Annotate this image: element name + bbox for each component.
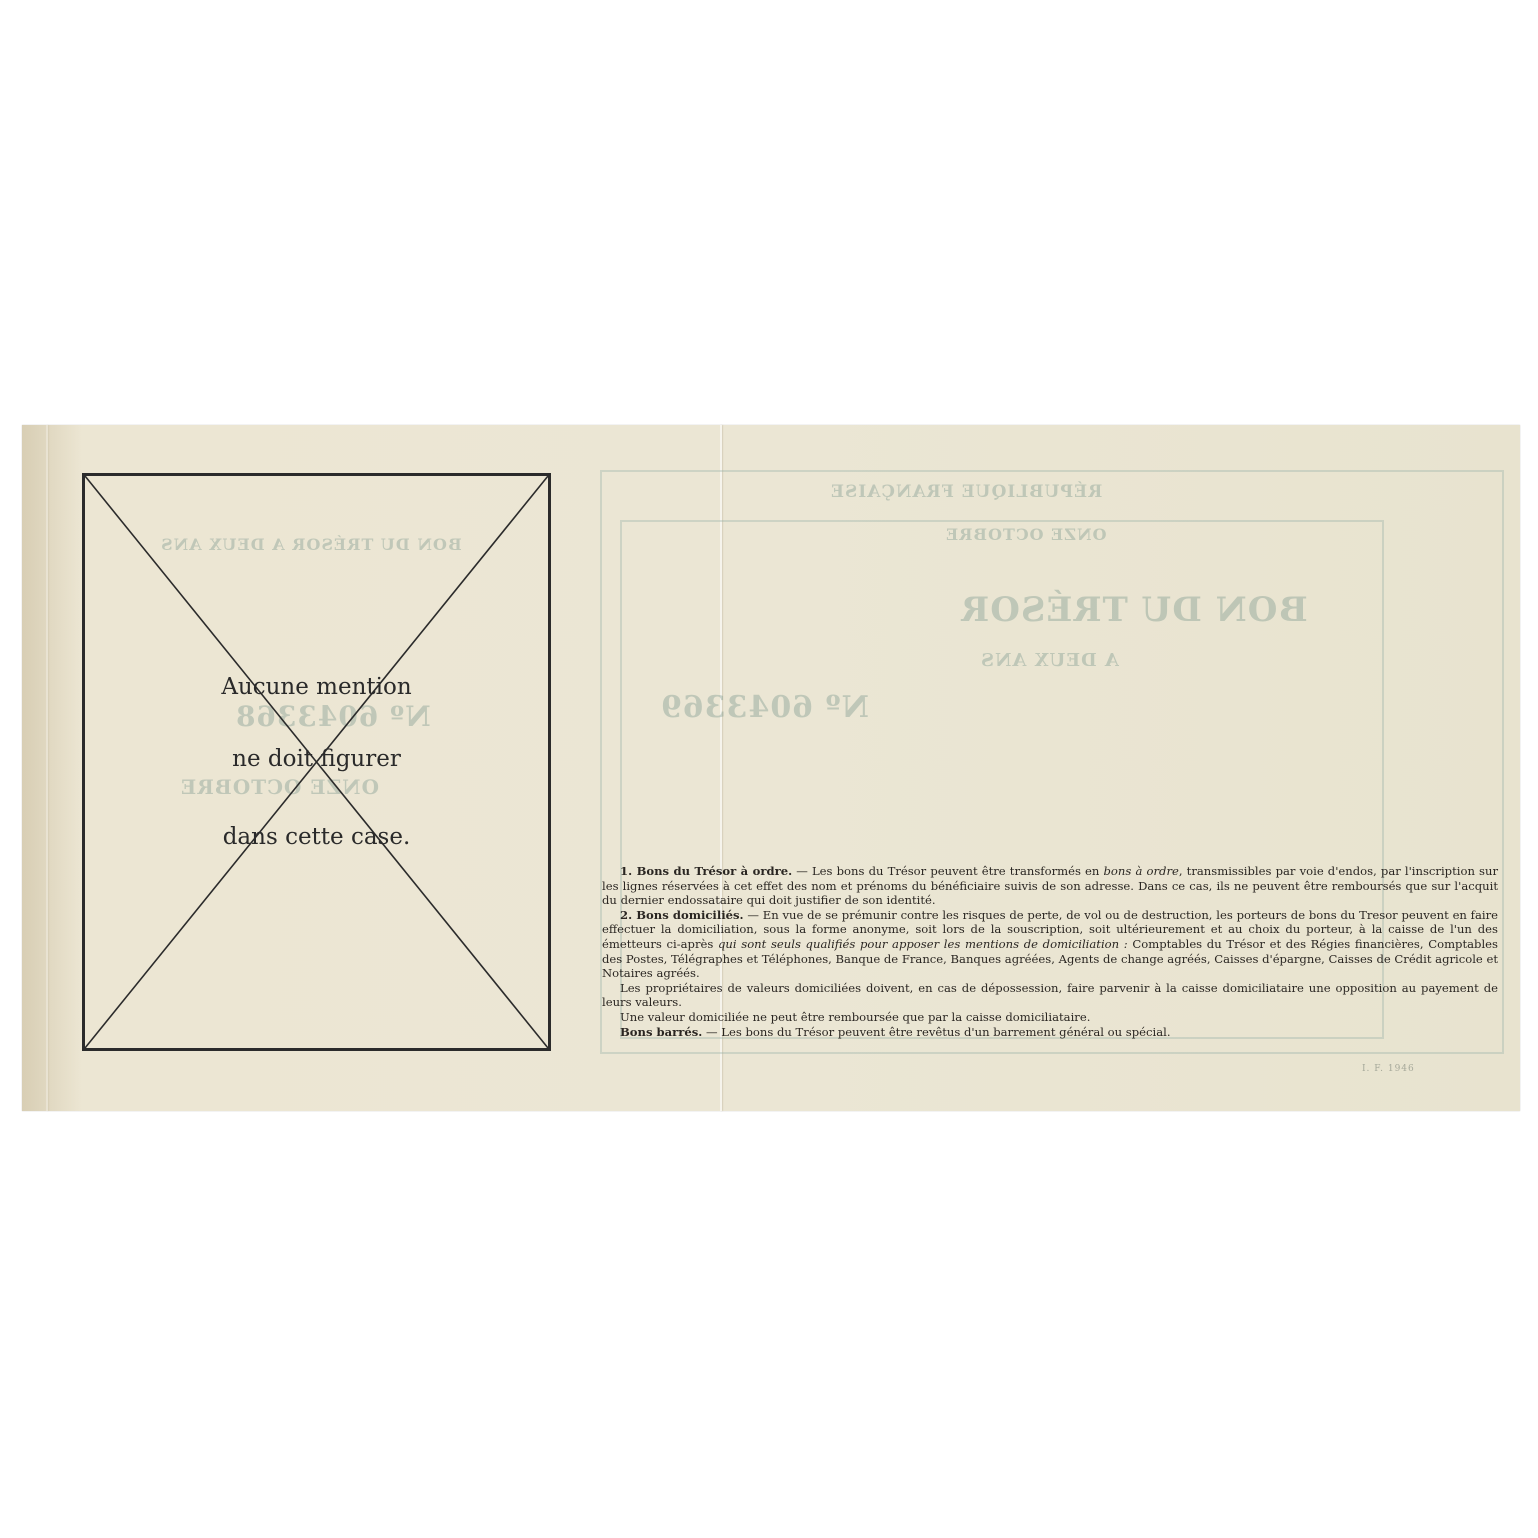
box-text-line-3: dans cette case. bbox=[85, 824, 548, 850]
note-3: Bons barrés. — Les bons du Trésor peuven… bbox=[602, 1025, 1498, 1040]
note-2-title: 2. Bons domiciliés. bbox=[620, 908, 744, 922]
printer-imprint: I. F. 1946 bbox=[1362, 1064, 1415, 1074]
note-1: 1. Bons du Trésor à ordre. — Les bons du… bbox=[602, 864, 1498, 908]
legal-notes: 1. Bons du Trésor à ordre. — Les bons du… bbox=[602, 864, 1498, 1039]
paper-edge-fold bbox=[46, 425, 48, 1111]
show-through-title: BON DU TRÉSOR bbox=[960, 590, 1308, 630]
show-through-subtitle: A DEUX ANS bbox=[980, 650, 1119, 671]
box-text-line-1: Aucune mention bbox=[85, 674, 548, 700]
box-text-line-2: ne doit figurer bbox=[85, 746, 548, 772]
note-3-text: — Les bons du Trésor peuvent être revêtu… bbox=[702, 1025, 1170, 1039]
note-2-paragraph-3: Les propriétaires de valeurs domiciliées… bbox=[602, 981, 1498, 1010]
note-3-title: Bons barrés. bbox=[620, 1025, 702, 1039]
note-2: 2. Bons domiciliés. — En vue de se prému… bbox=[602, 908, 1498, 981]
note-1-text: — Les bons du Trésor peuvent être transf… bbox=[792, 864, 1103, 878]
show-through-number: Nº 6043369 bbox=[660, 690, 869, 725]
show-through-date: ONZE OCTOBRE bbox=[945, 525, 1107, 544]
show-through-header: RÉPUBLIQUE FRANÇAISE bbox=[830, 482, 1102, 502]
note-2-italic: qui sont seuls qualifiés pour apposer le… bbox=[718, 937, 1128, 951]
note-2-paragraph-4: Une valeur domiciliée ne peut être rembo… bbox=[602, 1010, 1498, 1025]
note-1-italic: bons à ordre bbox=[1104, 864, 1179, 878]
note-1-title: 1. Bons du Trésor à ordre. bbox=[620, 864, 792, 878]
no-mention-box: Aucune mention ne doit figurer dans cett… bbox=[82, 473, 551, 1051]
